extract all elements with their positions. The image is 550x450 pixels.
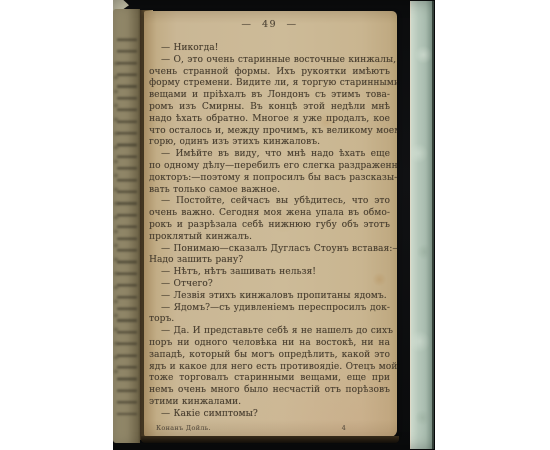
text-line: ромъ изъ Смирны. Въ концѣ этой недѣли мн…: [149, 102, 390, 114]
text-line: западѣ, который бы могъ опредѣлить, како…: [149, 350, 390, 362]
page-number: — 49 —: [149, 19, 390, 30]
text-line: надо ѣхать обратно. Многое я уже продалъ…: [149, 114, 390, 126]
text-line: форму стремени. Видите ли, я торгую стар…: [149, 78, 390, 90]
page-block-fore-edge: [396, 9, 410, 441]
text-line: вать только самое важное.: [149, 185, 390, 197]
text-line: — Имѣйте въ виду, что мнѣ надо ѣхать еще: [149, 149, 390, 161]
book-photo: — 49 — — Никогда!— О, это очень старинны…: [113, 0, 435, 450]
text-line: ядъ и какое для него есть противоядіе. О…: [149, 362, 390, 374]
footer-signature-number: 4: [342, 424, 346, 432]
text-line: — Да. И представьте себѣ я не нашелъ до …: [149, 326, 390, 338]
text-line: немъ очень много было несчастій отъ порѣ…: [149, 385, 390, 397]
page-footer: Конанъ Дойль. 4: [149, 424, 390, 432]
text-line: — Понимаю—сказалъ Дугласъ Стоунъ вставая…: [149, 244, 390, 256]
text-line: этими кинжалами.: [149, 397, 390, 409]
text-line: — Отчего?: [149, 279, 390, 291]
text-line: рокъ и разрѣзала себѣ нижнюю губу объ эт…: [149, 220, 390, 232]
book-page: — 49 — — Никогда!— О, это очень старинны…: [144, 11, 397, 437]
text-line: — Какіе симптомы?: [149, 409, 390, 421]
page-text-block: — Никогда!— О, это очень старинные восто…: [149, 43, 390, 421]
text-line: торъ.: [149, 314, 390, 326]
text-line: очень важно. Сегодня моя жена упала въ о…: [149, 208, 390, 220]
marbled-endpaper: [410, 1, 434, 449]
text-line: горю, одинъ изъ этихъ кинжаловъ.: [149, 137, 390, 149]
text-line: докторъ:—поэтому я попросилъ бы васъ раз…: [149, 173, 390, 185]
text-line: — Никогда!: [149, 43, 390, 55]
text-line: — Нѣтъ, нѣтъ зашивать нельзя!: [149, 267, 390, 279]
text-line: тоже торговалъ старинными вещами, еще пр…: [149, 373, 390, 385]
text-line: — Ядомъ?—съ удивленіемъ переспросилъ док…: [149, 303, 390, 315]
text-line: — О, это очень старинные восточные кинжа…: [149, 55, 390, 67]
text-line: поръ ни одного человѣка ни на востокѣ, н…: [149, 338, 390, 350]
text-line: проклятый кинжалъ.: [149, 232, 390, 244]
text-line: — Лезвія этихъ кинжаловъ пропитаны ядомъ…: [149, 291, 390, 303]
book-bottom-edge: [141, 436, 399, 443]
facing-page-edge: [113, 9, 140, 443]
white-canvas: — 49 — — Никогда!— О, это очень старинны…: [0, 0, 550, 450]
text-line: — Постойте, сейчасъ вы убѣдитесь, что эт…: [149, 196, 390, 208]
text-line: очень странной формы. Ихъ рукоятки имѣют…: [149, 67, 390, 79]
text-line: Надо зашить рану?: [149, 255, 390, 267]
text-line: что осталось и, между прочимъ, къ велико…: [149, 126, 390, 138]
footer-author: Конанъ Дойль.: [156, 424, 211, 432]
text-line: вещами и пріѣхалъ въ Лондонъ съ этимъ то…: [149, 90, 390, 102]
text-line: по одному дѣлу—перебилъ его слегка раздр…: [149, 161, 390, 173]
